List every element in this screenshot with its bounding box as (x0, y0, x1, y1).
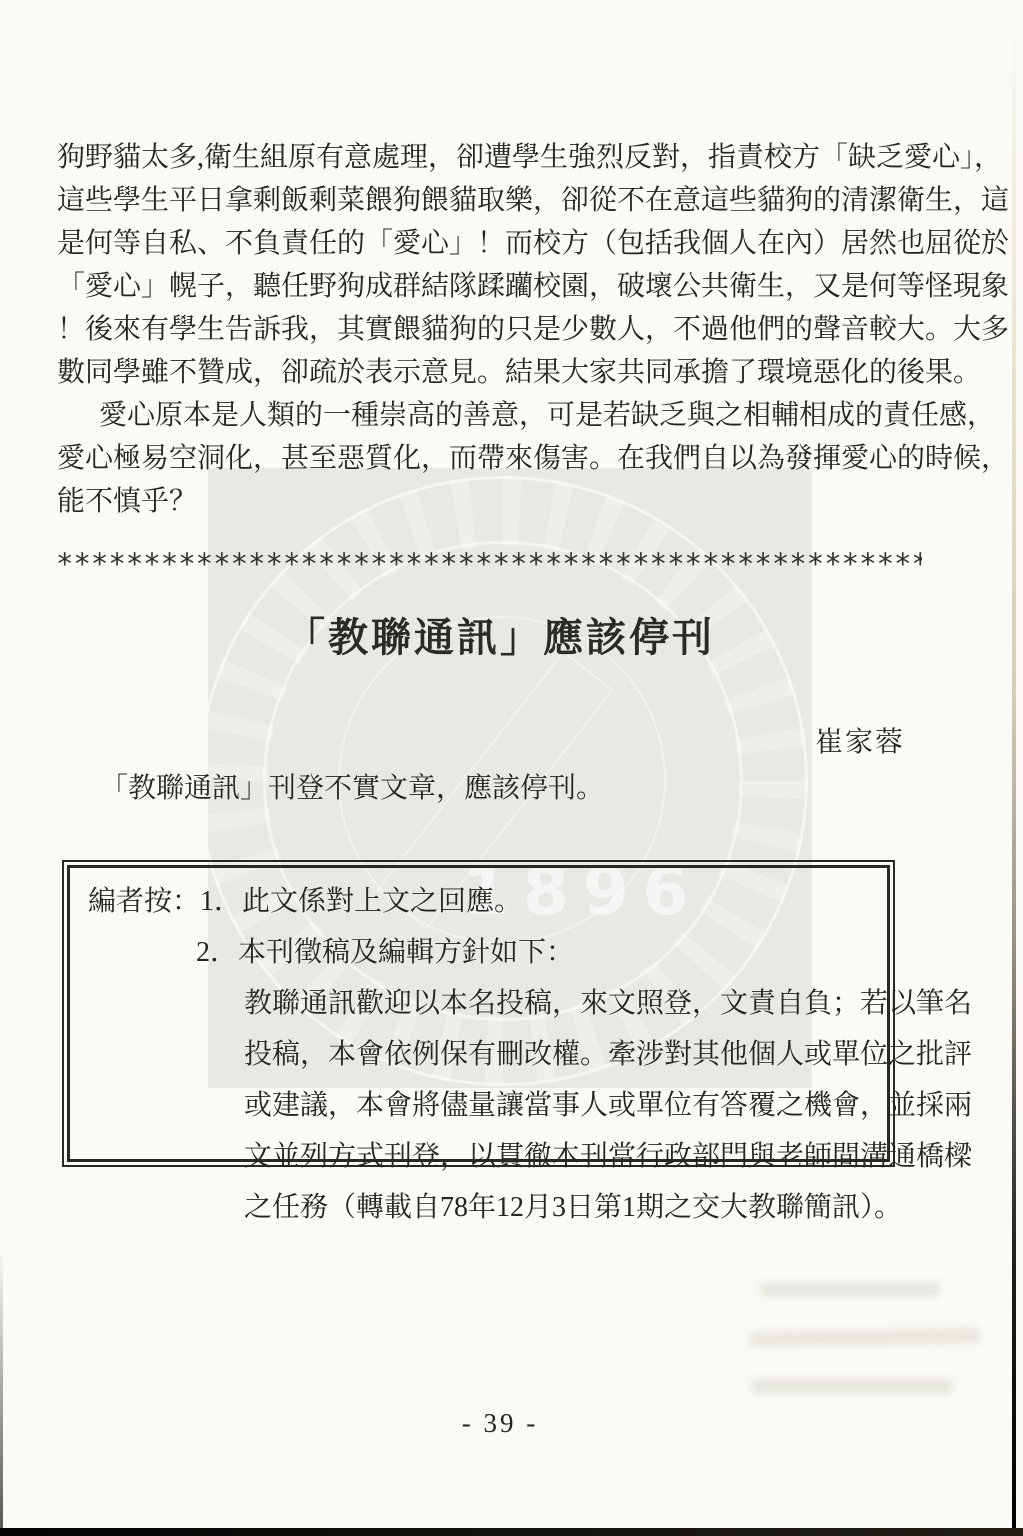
bleed-through-smudge (760, 1282, 940, 1296)
scan-edge-bottom (0, 1528, 1023, 1536)
body-text-line: 愛心原本是人類的一種崇高的善意，可是若缺乏與之相輔相成的責任感， (57, 394, 905, 437)
article-title: 「教聯通訊」應該停刊 (0, 606, 1000, 663)
author-name: 崔家蓉 (815, 720, 905, 760)
body-text-line: ！後來有學生告訴我，其實餵貓狗的只是少數人，不過他們的聲音較大。大多 (57, 308, 905, 351)
body-text-line: 愛心極易空洞化，甚至惡質化，而帶來傷害。在我們自以為發揮愛心的時候， (57, 437, 905, 480)
editor-note-line: 編者按：1．此文係對上文之回應。 (78, 876, 873, 927)
page-number: - 39 - (0, 1408, 1000, 1439)
body-text-line: 數同學雖不贊成，卻疏於表示意見。結果大家共同承擔了環境惡化的後果。 (57, 351, 905, 394)
body-text-line: 能不慎乎？ (57, 480, 905, 523)
editor-note-inner-border: 編者按：1．此文係對上文之回應。 2．本刊徵稿及編輯方針如下： 教聯通訊歡迎以本… (67, 865, 890, 1162)
scan-edge-right (1012, 0, 1016, 1528)
editor-note-line: 投稿，本會依例保有刪改權。牽涉對其他個人或單位之批評 (78, 1029, 873, 1080)
article-lead-sentence: 「教聯通訊」刊登不實文章，應該停刊。 (100, 766, 604, 806)
editor-note-line: 教聯通訊歡迎以本名投稿，來文照登，文責自負；若以筆名 (78, 978, 873, 1029)
asterisk-separator-rule: ****************************************… (56, 548, 922, 580)
bleed-through-smudge (750, 1328, 980, 1347)
scan-edge-left (0, 1248, 3, 1528)
body-text-line: 狗野貓太多,衛生組原有意處理，卻遭學生強烈反對，指責校方「缺乏愛心」， (57, 136, 905, 179)
body-text-line: 這些學生平日拿剩飯剩菜餵狗餵貓取樂，卻從不在意這些貓狗的清潔衛生，這 (57, 179, 905, 222)
editor-note-box: 編者按：1．此文係對上文之回應。 2．本刊徵稿及編輯方針如下： 教聯通訊歡迎以本… (62, 860, 895, 1167)
editor-note-line: 之任務（轉載自78年12月3日第1期之交大教聯簡訊）。 (78, 1182, 873, 1233)
body-text-line: 是何等自私、不負責任的「愛心」！而校方（包括我個人在內）居然也屈從於 (57, 222, 905, 265)
bleed-through-smudge (752, 1378, 952, 1394)
editor-note-line: 2．本刊徵稿及編輯方針如下： (78, 927, 873, 978)
body-text-line: 「愛心」幌子，聽任野狗成群結隊蹂躪校園，破壞公共衛生，又是何等怪現象 (57, 265, 905, 308)
editor-note-line: 或建議，本會將儘量讓當事人或單位有答覆之機會，並採兩 (78, 1080, 873, 1131)
scanned-document-page: 1896 狗野貓太多,衛生組原有意處理，卻遭學生強烈反對，指責校方「缺乏愛心」，… (0, 0, 1023, 1536)
editor-note-line: 文並列方式刊登，以貫徹本刊當行政部門與老師間溝通橋樑 (78, 1131, 873, 1182)
